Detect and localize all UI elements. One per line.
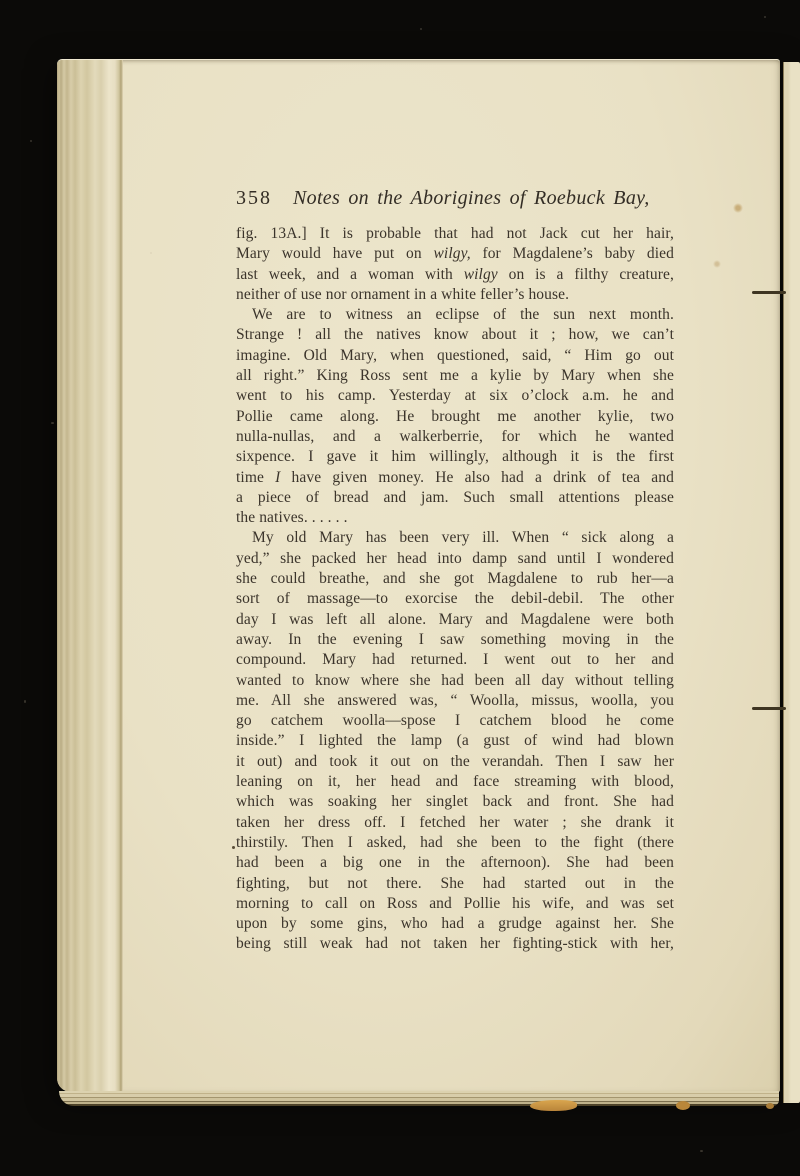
text-line: leaning on it, her head and face streami… — [236, 772, 674, 792]
page-edge-stack-bottom — [59, 1091, 779, 1106]
text-line: nulla-nullas, and a walkerberrie, for wh… — [236, 427, 674, 447]
book: 358Notes on the Aborigines of Roebuck Ba… — [0, 0, 800, 1176]
text-line: she could breathe, and she got Magdalene… — [236, 569, 674, 589]
text-line: sort of massage—to exorcise the debil-de… — [236, 589, 674, 609]
text-line: fig. 13A.] It is probable that had not J… — [236, 224, 674, 244]
text-line: imagine. Old Mary, when questioned, said… — [236, 346, 674, 366]
text-line: went to his camp. Yesterday at six o’clo… — [236, 386, 674, 406]
text-line: time I have given money. He also had a d… — [236, 468, 674, 488]
adjacent-page-edge — [783, 62, 800, 1103]
scan-background: 358Notes on the Aborigines of Roebuck Ba… — [0, 0, 800, 1176]
text-line: being still weak had not taken her fight… — [236, 934, 674, 954]
text-line: inside.” I lighted the lamp (a gust of w… — [236, 731, 674, 751]
text-line: thirstily. Then I asked, had she been to… — [236, 833, 674, 853]
dust-speck — [420, 28, 422, 30]
text-line: the natives. . . . . . — [236, 508, 674, 528]
text-line: taken her dress off. I fetched her water… — [236, 813, 674, 833]
page-edge-stack-left — [57, 60, 123, 1092]
text-line: upon by some gins, who had a grudge agai… — [236, 914, 674, 934]
text-line: We are to witness an eclipse of the sun … — [236, 305, 674, 325]
dust-speck — [150, 252, 152, 254]
text-line: Pollie came along. He brought me another… — [236, 407, 674, 427]
running-title: Notes on the Aborigines of Roebuck Bay, — [293, 187, 650, 209]
text-line: away. In the evening I saw something mov… — [236, 630, 674, 650]
text-line: fighting, but not there. She had started… — [236, 874, 674, 894]
text-line: yed,” she packed her head into damp sand… — [236, 549, 674, 569]
ink-fleck — [232, 846, 235, 849]
fold-tick-mark — [752, 707, 786, 710]
text-line: which was soaking her singlet back and f… — [236, 792, 674, 812]
text-line: neither of use nor ornament in a white f… — [236, 285, 674, 305]
body-text: fig. 13A.] It is probable that had not J… — [236, 224, 674, 955]
dust-speck — [700, 1150, 703, 1152]
text-line: day I was left all alone. Mary and Magda… — [236, 610, 674, 630]
text-line: all right.” King Ross sent me a kylie by… — [236, 366, 674, 386]
dust-speck — [24, 700, 26, 703]
dust-speck — [764, 16, 766, 18]
text-line: last week, and a woman with wilgy on is … — [236, 265, 674, 285]
book-page: 358Notes on the Aborigines of Roebuck Ba… — [57, 59, 780, 1092]
page-header: 358Notes on the Aborigines of Roebuck Ba… — [236, 187, 696, 215]
text-line: My old Mary has been very ill. When “ si… — [236, 528, 674, 548]
text-line: a piece of bread and jam. Such small att… — [236, 488, 674, 508]
paper-fragment — [766, 1103, 774, 1109]
paper-fragment — [676, 1101, 690, 1110]
paper-fragment — [530, 1100, 577, 1111]
text-line: compound. Mary had returned. I went out … — [236, 650, 674, 670]
text-line: me. All she answered was, “ Woolla, miss… — [236, 691, 674, 711]
dust-speck — [30, 140, 32, 142]
text-line: Mary would have put on wilgy, for Magdal… — [236, 244, 674, 264]
dust-speck — [51, 422, 54, 424]
text-line: it out) and took it out on the verandah.… — [236, 752, 674, 772]
text-line: had been a big one in the afternoon). Sh… — [236, 853, 674, 873]
text-line: go catchem woolla—spose I catchem blood … — [236, 711, 674, 731]
fold-tick-mark — [752, 291, 786, 294]
text-line: morning to call on Ross and Pollie his w… — [236, 894, 674, 914]
text-line: wanted to know where she had been all da… — [236, 671, 674, 691]
text-line: Strange ! all the natives know about it … — [236, 325, 674, 345]
page-number: 358 — [236, 187, 272, 209]
text-line: sixpence. I gave it him willingly, altho… — [236, 447, 674, 467]
